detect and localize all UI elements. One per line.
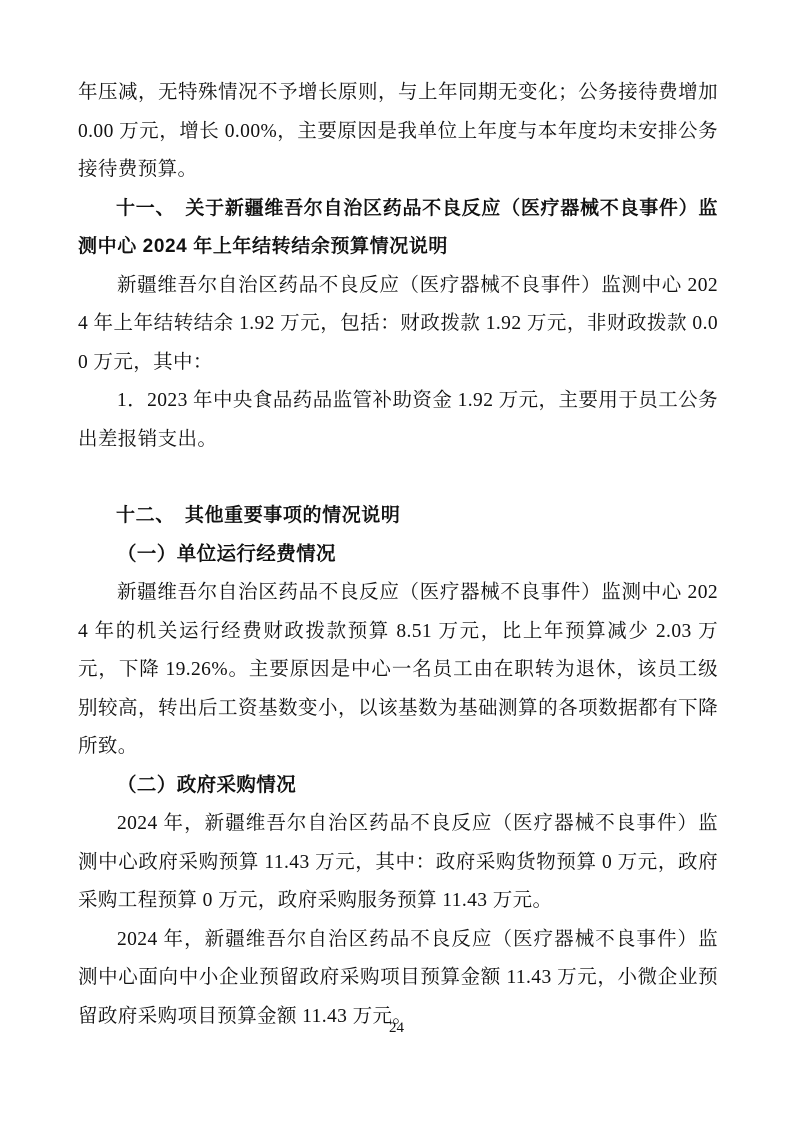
document-body: 年压减，无特殊情况不予增长原则，与上年同期无变化；公务接待费增加 0.00 万元… [78,74,718,1036]
paragraph-procurement-sme-reserved: 2024 年，新疆维吾尔自治区药品不良反应（医疗器械不良事件）监测中心面向中小企… [78,921,718,1037]
subheading-two-government-procurement: （二）政府采购情况 [78,767,718,806]
paragraph-operating-expenses-detail: 新疆维吾尔自治区药品不良反应（医疗器械不良事件）监测中心 2024 年的机关运行… [78,574,718,767]
section-heading-twelve-other-important-matters: 十二、 其他重要事项的情况说明 [78,497,718,536]
paragraph-budget-reception-fee: 年压减，无特殊情况不予增长原则，与上年同期无变化；公务接待费增加 0.00 万元… [78,74,718,190]
paragraph-central-subsidy-funds: 1．2023 年中央食品药品监管补助资金 1.92 万元，主要用于员工公务出差报… [78,382,718,459]
paragraph-carryover-balance-summary: 新疆维吾尔自治区药品不良反应（医疗器械不良事件）监测中心 2024 年上年结转结… [78,267,718,383]
page-number: 24 [0,1020,793,1037]
document-page: 年压减，无特殊情况不予增长原则，与上年同期无变化；公务接待费增加 0.00 万元… [0,0,793,1122]
paragraph-procurement-budget-detail: 2024 年，新疆维吾尔自治区药品不良反应（医疗器械不良事件）监测中心政府采购预… [78,805,718,921]
subheading-one-operating-expenses: （一）单位运行经费情况 [78,536,718,575]
section-heading-eleven-carryover-balance: 十一、 关于新疆维吾尔自治区药品不良反应（医疗器械不良事件）监测中心 2024 … [78,190,718,267]
